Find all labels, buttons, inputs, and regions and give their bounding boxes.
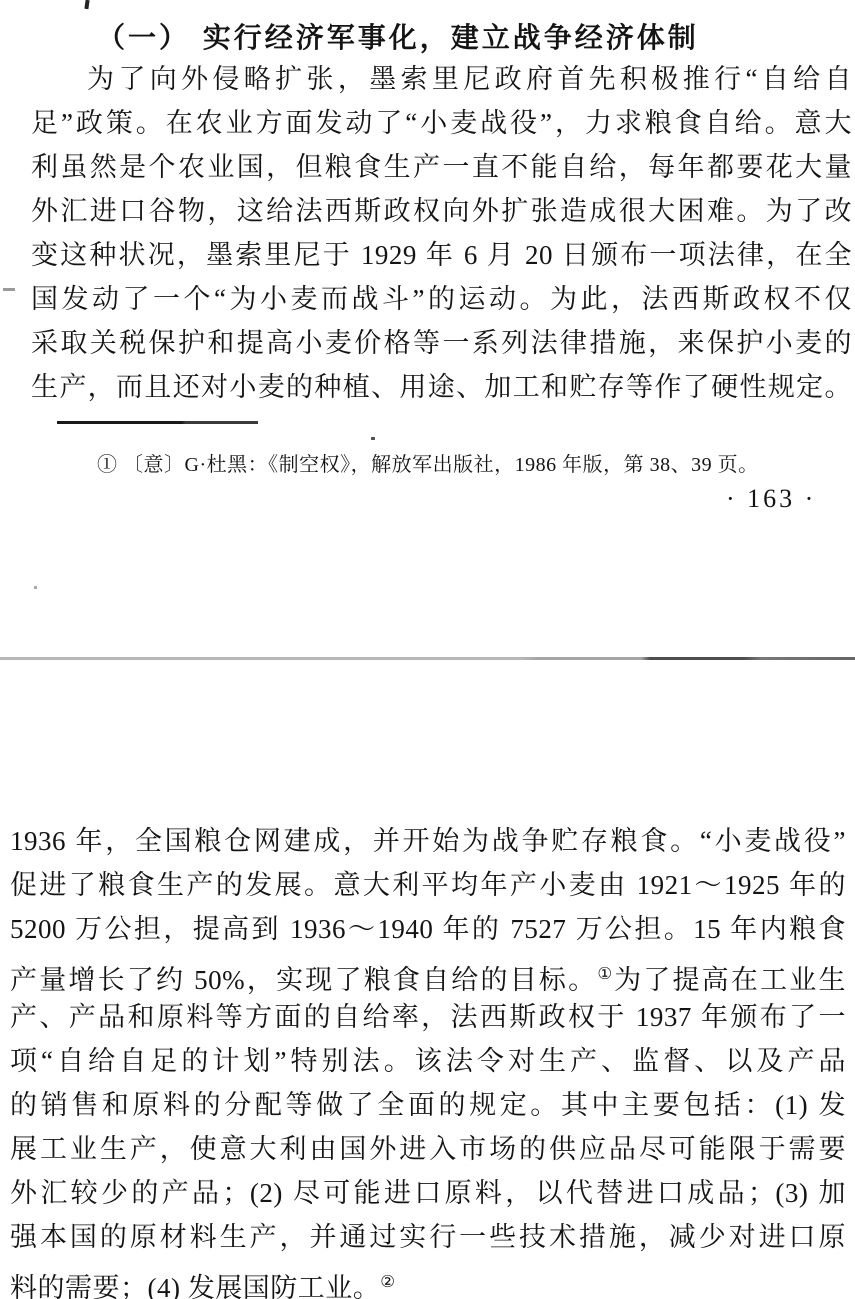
footnote-marker-2: ② xyxy=(380,1272,395,1291)
text-line: 外汇进口谷物，这给法西斯政权向外扩张造成很大困难。为了改 xyxy=(31,189,852,233)
text-segment: 产量增长了约 50%，实现了粮食自给的目标。 xyxy=(10,965,597,995)
text-line: 项“自给自足的计划”特别法。该法令对生产、监督、以及产品 xyxy=(10,1040,846,1084)
text-line: 为了向外侵略扩张，墨索里尼政府首先积极推行“自给自 xyxy=(31,57,852,101)
text-line: 利虽然是个农业国，但粮食生产一直不能自给，每年都要花大量 xyxy=(31,145,852,189)
text-line: 料的需要；(4) 发展国防工业。② xyxy=(10,1260,846,1299)
scanned-book-page: （一） 实行经济军事化，建立战争经济体制 为了向外侵略扩张，墨索里尼政府首先积极… xyxy=(0,0,855,1299)
text-segment: 料的需要；(4) 发展国防工业。 xyxy=(10,1273,380,1299)
text-line: 外汇较少的产品；(2) 尽可能进口原料，以代替进口成品；(3) 加 xyxy=(10,1172,846,1216)
footnote-divider xyxy=(57,421,258,424)
text-line: 产量增长了约 50%，实现了粮食自给的目标。①为了提高在工业生 xyxy=(10,952,846,996)
text-segment: 为了提高在工业生 xyxy=(614,965,846,995)
text-line: 产、产品和原料等方面的自给率，法西斯政权于 1937 年颁布了一 xyxy=(10,996,846,1040)
text-line: 足”政策。在农业方面发动了“小麦战役”，力求粮食自给。意大 xyxy=(31,101,852,145)
text-line: 展工业生产，使意大利由国外进入市场的供应品尽可能限于需要 xyxy=(10,1128,846,1172)
scan-artifact-speck xyxy=(3,288,15,291)
scan-artifact-speck xyxy=(34,586,37,589)
text-line: 强本国的原材料生产，并通过实行一些技术措施，减少对进口原 xyxy=(10,1216,846,1260)
page-break-line xyxy=(0,657,855,660)
scan-artifact-speck xyxy=(371,437,375,440)
text-line: 的销售和原料的分配等做了全面的规定。其中主要包括：(1) 发 xyxy=(10,1084,846,1128)
footnote-citation: ① 〔意〕G·杜黑：《制空权》，解放军出版社，1986 年版，第 38、39 页… xyxy=(97,448,697,477)
section-heading: （一） 实行经济军事化，建立战争经济体制 xyxy=(97,16,699,56)
text-line: 采取关税保护和提高小麦价格等一系列法律措施，来保护小麦的 xyxy=(31,321,852,365)
scan-artifact-cropped-char xyxy=(84,0,89,9)
page-number: · 163 · xyxy=(726,484,816,514)
footnote-marker-1: ① xyxy=(597,964,614,983)
text-line: 国发动了一个“为小麦而战斗”的运动。为此，法西斯政权不仅 xyxy=(31,277,852,321)
text-line: 1936 年，全国粮仓网建成，并开始为战争贮存粮食。“小麦战役” xyxy=(10,820,846,864)
text-line: 生产，而且还对小麦的种植、用途、加工和贮存等作了硬性规定。 xyxy=(31,365,852,409)
text-line: 5200 万公担，提高到 1936～1940 年的 7527 万公担。15 年内… xyxy=(10,908,846,952)
paragraph-top-page: 为了向外侵略扩张，墨索里尼政府首先积极推行“自给自 足”政策。在农业方面发动了“… xyxy=(31,57,852,409)
text-line: 促进了粮食生产的发展。意大利平均年产小麦由 1921～1925 年的 xyxy=(10,864,846,908)
text-line: 变这种状况，墨索里尼于 1929 年 6 月 20 日颁布一项法律，在全 xyxy=(31,233,852,277)
paragraph-bottom-page: 1936 年，全国粮仓网建成，并开始为战争贮存粮食。“小麦战役” 促进了粮食生产… xyxy=(10,820,846,1299)
